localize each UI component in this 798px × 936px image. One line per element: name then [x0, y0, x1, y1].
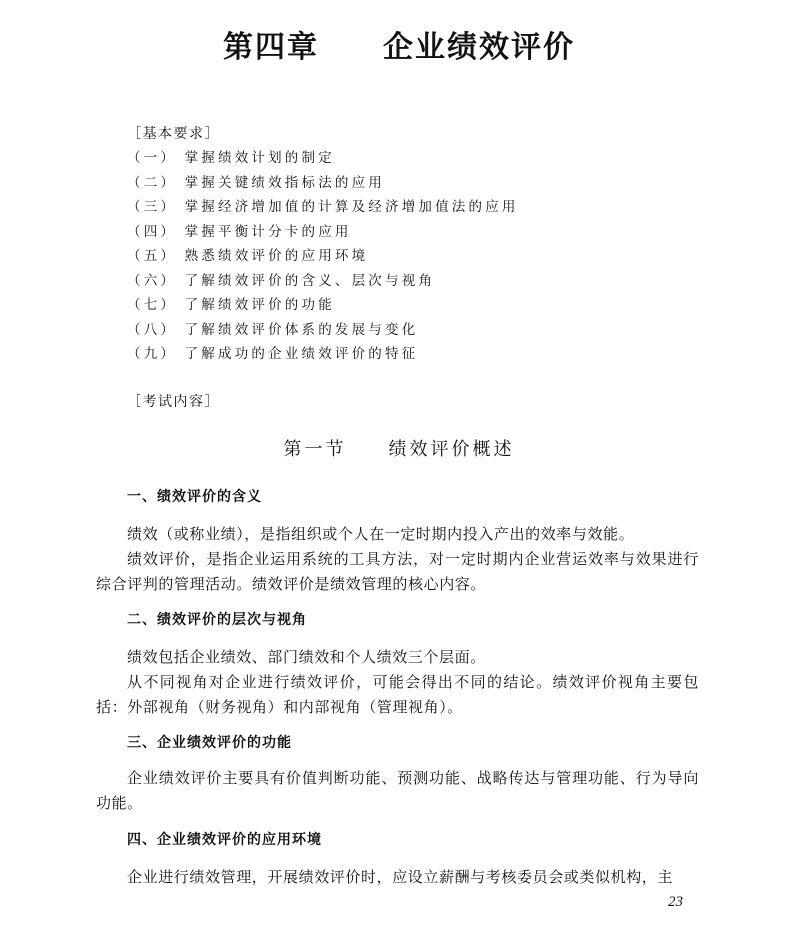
paragraph: 绩效评价，是指企业运用系统的工具方法，对一定时期内企业营运效率与效果进行综合评判… — [96, 547, 699, 597]
chapter-title: 第四章 企业绩效评价 — [0, 28, 798, 68]
paragraph: 企业绩效评价主要具有价值判断功能、预测功能、战略传达与管理功能、行为导向功能。 — [96, 766, 699, 816]
subsection-heading: 一、绩效评价的含义 — [127, 486, 262, 508]
paragraph: 绩效包括企业绩效、部门绩效和个人绩效三个层面。 — [96, 645, 699, 670]
paragraph: 绩效（或称业绩），是指组织或个人在一定时期内投入产出的效率与效能。 — [96, 522, 699, 547]
section-title: 第一节 绩效评价概述 — [0, 436, 798, 464]
paragraph: 企业进行绩效管理，开展绩效评价时，应设立薪酬与考核委员会或类似机构，主 — [96, 865, 699, 890]
exam-content-heading: ［考试内容］ — [127, 390, 220, 414]
subsection-heading: 二、绩效评价的层次与视角 — [127, 609, 307, 631]
requirement-item: （二） 掌握关键绩效指标法的应用 — [127, 171, 519, 196]
requirement-item: （三） 掌握经济增加值的计算及经济增加值法的应用 — [127, 195, 519, 220]
requirement-item: （六） 了解绩效评价的含义、层次与视角 — [127, 269, 519, 294]
subsection-heading: 四、企业绩效评价的应用环境 — [127, 829, 322, 851]
requirement-item: （一） 掌握绩效计划的制定 — [127, 146, 519, 171]
paragraph: 从不同视角对企业进行绩效评价，可能会得出不同的结论。绩效评价视角主要包括：外部视… — [96, 670, 699, 720]
basic-requirements: ［基本要求］ （一） 掌握绩效计划的制定 （二） 掌握关键绩效指标法的应用 （三… — [127, 122, 519, 367]
requirement-item: （八） 了解绩效评价体系的发展与变化 — [127, 318, 519, 343]
requirement-item: （五） 熟悉绩效评价的应用环境 — [127, 244, 519, 269]
requirement-item: （七） 了解绩效评价的功能 — [127, 293, 519, 318]
subsection-heading: 三、企业绩效评价的功能 — [127, 732, 292, 754]
requirement-item: （四） 掌握平衡计分卡的应用 — [127, 220, 519, 245]
requirement-item: （九） 了解成功的企业绩效评价的特征 — [127, 342, 519, 367]
requirements-heading: ［基本要求］ — [127, 122, 519, 146]
document-page: 第四章 企业绩效评价 ［基本要求］ （一） 掌握绩效计划的制定 （二） 掌握关键… — [0, 0, 798, 936]
page-number: 23 — [668, 892, 683, 912]
